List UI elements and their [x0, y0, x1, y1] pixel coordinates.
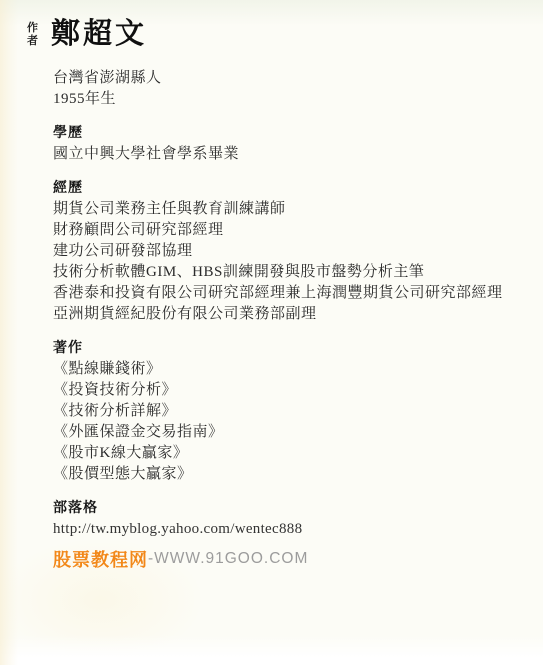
bio-line: 台灣省澎湖縣人: [53, 68, 503, 89]
section-education: 學歷 國立中興大學社會學系畢業: [53, 122, 503, 165]
experience-item: 技術分析軟體GIM、HBS訓練開發與股市盤勢分析主筆: [53, 262, 503, 283]
section-works: 著作 《點線賺錢術》 《投資技術分析》 《技術分析詳解》 《外匯保證金交易指南》…: [53, 337, 503, 485]
experience-item: 建功公司研發部協理: [53, 241, 503, 262]
book-title: 《點線賺錢術》: [53, 359, 503, 380]
author-name: 鄭超文: [51, 18, 147, 50]
section-experience: 經歷 期貨公司業務主任與教育訓練講師 財務顧問公司研究部經理 建功公司研發部協理…: [53, 177, 503, 325]
experience-item: 香港泰和投資有限公司研究部經理兼上海潤豐期貨公司研究部經理: [53, 283, 503, 304]
book-title: 《股價型態大贏家》: [53, 464, 503, 485]
education-item: 國立中興大學社會學系畢業: [53, 144, 503, 165]
watermark-site-url: WWW.91GOO.COM: [154, 550, 308, 568]
bio-line: 1955年生: [53, 89, 503, 110]
scanned-book-page: 作者 鄭超文 台灣省澎湖縣人 1955年生 學歷 國立中興大學社會學系畢業 經歷…: [0, 0, 543, 665]
author-header: 作者 鄭超文: [27, 18, 503, 50]
section-blog: 部落格 http://tw.myblog.yahoo.com/wentec888: [53, 497, 503, 540]
experience-item: 財務顧問公司研究部經理: [53, 220, 503, 241]
watermark-site-name: 股票教程网: [53, 546, 148, 572]
author-bio: 台灣省澎湖縣人 1955年生: [53, 68, 503, 110]
section-heading-works: 著作: [53, 337, 503, 357]
experience-item: 亞洲期貨經紀股份有限公司業務部副理: [53, 304, 503, 325]
book-title: 《股市K線大贏家》: [53, 443, 503, 464]
experience-item: 期貨公司業務主任與教育訓練講師: [53, 199, 503, 220]
author-label: 作者: [27, 22, 40, 48]
book-title: 《投資技術分析》: [53, 380, 503, 401]
book-title: 《技術分析詳解》: [53, 401, 503, 422]
section-heading-experience: 經歷: [53, 177, 503, 197]
section-heading-education: 學歷: [53, 122, 503, 142]
blog-url: http://tw.myblog.yahoo.com/wentec888: [53, 519, 503, 540]
section-heading-blog: 部落格: [53, 497, 503, 517]
page-content: 作者 鄭超文 台灣省澎湖縣人 1955年生 學歷 國立中興大學社會學系畢業 經歷…: [0, 0, 543, 572]
site-watermark: 股票教程网 - WWW.91GOO.COM: [53, 546, 503, 572]
book-title: 《外匯保證金交易指南》: [53, 422, 503, 443]
